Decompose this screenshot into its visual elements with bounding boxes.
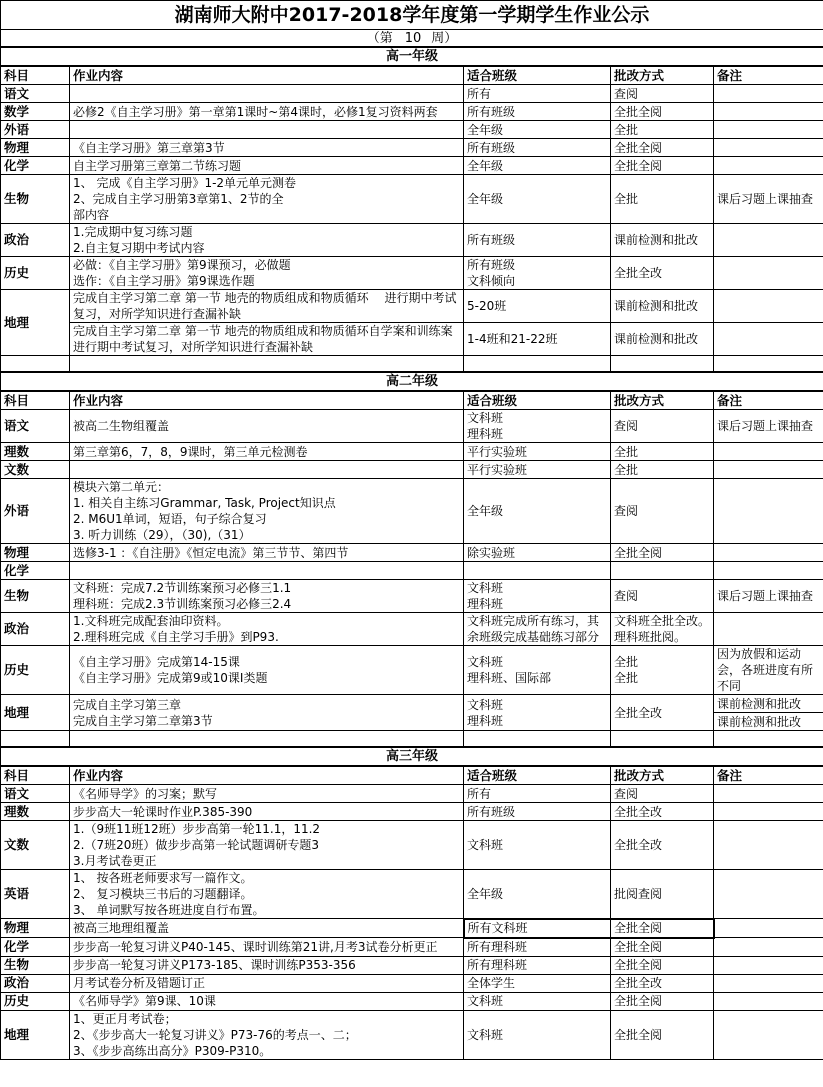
note-cell[interactable]: [714, 323, 823, 356]
classes-cell[interactable]: 所有理科班: [464, 938, 611, 957]
content-cell[interactable]: 《自主学习册》完成第14-15课 《自主学习册》完成第9或10课Ⅰ类题: [70, 646, 464, 695]
note-cell[interactable]: [714, 992, 823, 1010]
method-cell[interactable]: 批阅查阅: [611, 870, 714, 919]
subject-cell[interactable]: 英语: [1, 870, 70, 919]
subject-cell[interactable]: 政治: [1, 224, 70, 257]
classes-cell[interactable]: 文科班: [464, 992, 611, 1010]
g1-row-geography-b: 完成自主学习第二章 第一节 地壳的物质组成和物质循环自学案和训练案 进行期中考试…: [1, 323, 823, 356]
note-cell[interactable]: [714, 803, 823, 821]
method-cell[interactable]: 全批全改: [611, 821, 714, 870]
subject-cell[interactable]: 理数: [1, 443, 70, 461]
title-row: 湖南师大附中2017-2018学年度第一学期学生作业公示: [1, 1, 823, 30]
method-cell[interactable]: 全批全阅: [611, 956, 714, 974]
column-header-note: 备注: [714, 766, 823, 785]
empty-cell[interactable]: [611, 356, 714, 373]
note-cell[interactable]: [714, 785, 823, 803]
classes-cell[interactable]: [464, 562, 611, 580]
note-cell[interactable]: [714, 103, 823, 121]
method-cell[interactable]: 全批全阅: [611, 157, 714, 175]
subject-cell[interactable]: 物理: [1, 919, 70, 938]
note-cell[interactable]: [714, 121, 823, 139]
column-header-classes: 适合班级: [464, 66, 611, 85]
content-cell[interactable]: 自主学习册第三章第二节练习题: [70, 157, 464, 175]
classes-cell[interactable]: 文科班 理科班: [464, 580, 611, 613]
note-cell[interactable]: [714, 257, 823, 290]
note-cell[interactable]: [714, 919, 823, 938]
subject-cell[interactable]: 文数: [1, 461, 70, 479]
method-cell[interactable]: 全批全阅: [611, 544, 714, 562]
empty-cell[interactable]: [1, 731, 70, 748]
method-cell[interactable]: 课前检测和批改: [611, 224, 714, 257]
g3-row-history: 历史 《名师导学》第9课、10课 文科班 全批全阅: [1, 992, 823, 1010]
g2-row-physics: 物理 选修3-1 ：《自注册》《恒定电流》第三节节、第四节 除实验班 全批全阅: [1, 544, 823, 562]
g3-row-english: 英语 1、 按各班老师要求写一篇作文。 2、 复习模块三书后的习题翻译。 3、 …: [1, 870, 823, 919]
method-cell[interactable]: 课前检测和批改: [611, 290, 714, 323]
content-cell[interactable]: 被高二生物组覆盖: [70, 410, 464, 443]
note-cell[interactable]: [714, 821, 823, 870]
content-cell[interactable]: [70, 121, 464, 139]
g3-row-politics: 政治 月考试卷分析及错题订正 全体学生 全批全改: [1, 974, 823, 992]
content-cell[interactable]: 步步高大一轮课时作业P.385-390: [70, 803, 464, 821]
method-cell[interactable]: 查阅: [611, 410, 714, 443]
g3-row-biology: 生物 步步高一轮复习讲义P173-185、课时训练P353-356 所有理科班 …: [1, 956, 823, 974]
classes-cell[interactable]: 所有班级: [464, 224, 611, 257]
section-heading-grade3: 高三年级: [1, 747, 823, 766]
classes-cell[interactable]: 除实验班: [464, 544, 611, 562]
g3-row-chemistry: 化学 步步高一轮复习讲义P40-145、课时训练第21讲,月考3试卷分析更正 所…: [1, 938, 823, 957]
subject-cell[interactable]: 理数: [1, 803, 70, 821]
classes-cell[interactable]: 1-4班和21-22班: [464, 323, 611, 356]
note-cell[interactable]: [714, 562, 823, 580]
content-cell[interactable]: 文科班：完成7.2节训练案预习必修三1.1 理科班：完成2.3节训练案预习必修三…: [70, 580, 464, 613]
column-header-method: 批改方式: [611, 391, 714, 410]
method-cell[interactable]: [611, 562, 714, 580]
note-cell[interactable]: [714, 544, 823, 562]
content-cell[interactable]: 1.文科班完成配套油印资料。 2.理科班完成《自主学习手册》到P93.: [70, 613, 464, 646]
content-cell[interactable]: 完成自主学习第二章 第一节 地壳的物质组成和物质循环自学案和训练案 进行期中考试…: [70, 323, 464, 356]
method-cell[interactable]: 全批 全批: [611, 646, 714, 695]
subject-cell[interactable]: 物理: [1, 544, 70, 562]
column-header-method: 批改方式: [611, 766, 714, 785]
g3-header-row: 科目 作业内容 适合班级 批改方式 备注: [1, 766, 823, 785]
content-cell[interactable]: 《名师导学》的习案；默写: [70, 785, 464, 803]
method-cell-selected[interactable]: 全批全阅: [611, 919, 714, 938]
subject-cell[interactable]: 地理: [1, 1010, 70, 1059]
column-header-content: 作业内容: [70, 66, 464, 85]
classes-cell[interactable]: 全年级: [464, 175, 611, 224]
empty-cell[interactable]: [464, 731, 611, 748]
g2-row-history: 历史 《自主学习册》完成第14-15课 《自主学习册》完成第9或10课Ⅰ类题 文…: [1, 646, 823, 695]
method-cell[interactable]: 全批: [611, 443, 714, 461]
method-cell[interactable]: 课前检测和批改: [611, 323, 714, 356]
section-heading-grade1: 高一年级: [1, 47, 823, 66]
content-cell[interactable]: 完成自主学习第三章 完成自主学习第二章第3节: [70, 695, 464, 731]
note-cell[interactable]: 课后习题上课抽查: [714, 410, 823, 443]
content-cell[interactable]: 1、更正月考试卷； 2、《步步高大一轮复习讲义》P73-76的考点一、二； 3、…: [70, 1010, 464, 1059]
g1-row-physics: 物理 《自主学习册》第三章第3节 所有班级 全批全阅: [1, 139, 823, 157]
g1-header-row: 科目 作业内容 适合班级 批改方式 备注: [1, 66, 823, 85]
column-header-classes: 适合班级: [464, 766, 611, 785]
note-cell[interactable]: [714, 613, 823, 646]
section-row-grade2: 高二年级: [1, 372, 823, 391]
subject-cell[interactable]: 政治: [1, 974, 70, 992]
method-cell[interactable]: 全批全阅: [611, 1010, 714, 1059]
method-cell[interactable]: 全批全改: [611, 803, 714, 821]
classes-cell[interactable]: 平行实验班: [464, 461, 611, 479]
method-cell[interactable]: 全批: [611, 175, 714, 224]
section-row-grade3: 高三年级: [1, 747, 823, 766]
g2-row-science-math: 理数 第三章第6，7，8，9课时，第三单元检测卷 平行实验班 全批: [1, 443, 823, 461]
section-heading-grade2: 高二年级: [1, 372, 823, 391]
subject-cell[interactable]: 生物: [1, 175, 70, 224]
g1-row-geography-a: 地理 完成自主学习第二章 第一节 地壳的物质组成和物质循环 进行期中考试复习，对…: [1, 290, 823, 323]
note-cell[interactable]: 课前检测和批改: [714, 713, 823, 731]
subject-cell[interactable]: 历史: [1, 646, 70, 695]
content-cell[interactable]: 必做：《自主学习册》第9课预习，必做题 选作：《自主学习册》第9课选作题: [70, 257, 464, 290]
g2-row-chemistry: 化学: [1, 562, 823, 580]
g1-row-chinese: 语文 所有 查阅: [1, 85, 823, 103]
note-cell[interactable]: [714, 224, 823, 257]
content-cell[interactable]: 第三章第6，7，8，9课时，第三单元检测卷: [70, 443, 464, 461]
classes-cell[interactable]: 文科班 理科班: [464, 695, 611, 731]
classes-cell[interactable]: 所有班级 文科倾向: [464, 257, 611, 290]
note-cell[interactable]: [714, 139, 823, 157]
g2-row-arts-math: 文数 平行实验班 全批: [1, 461, 823, 479]
content-cell[interactable]: 《自主学习册》第三章第3节: [70, 139, 464, 157]
empty-cell[interactable]: [714, 731, 823, 748]
subject-cell[interactable]: 化学: [1, 938, 70, 957]
classes-cell-selected[interactable]: 所有文科班: [464, 919, 611, 938]
column-header-subject: 科目: [1, 391, 70, 410]
week-number: 10: [393, 31, 432, 47]
classes-cell[interactable]: 所有: [464, 785, 611, 803]
g2-row-geography-a: 地理 完成自主学习第三章 完成自主学习第二章第3节 文科班 理科班 全批全改 课…: [1, 695, 823, 713]
subject-cell[interactable]: 生物: [1, 580, 70, 613]
subject-cell[interactable]: 地理: [1, 695, 70, 731]
classes-cell[interactable]: 所有班级: [464, 139, 611, 157]
content-cell[interactable]: 必修2《自主学习册》第一章第1课时~第4课时，必修1复习资料两套: [70, 103, 464, 121]
method-cell[interactable]: 全批全改: [611, 695, 714, 731]
g1-row-foreign-language: 外语 全年级 全批: [1, 121, 823, 139]
classes-cell[interactable]: 全年级: [464, 479, 611, 544]
method-cell[interactable]: 全批全阅: [611, 139, 714, 157]
classes-cell[interactable]: 全年级: [464, 121, 611, 139]
classes-cell[interactable]: 所有班级: [464, 103, 611, 121]
classes-cell[interactable]: 文科班: [464, 1010, 611, 1059]
column-header-method: 批改方式: [611, 66, 714, 85]
classes-cell[interactable]: 全体学生: [464, 974, 611, 992]
g1-row-biology: 生物 1、 完成《自主学习册》1-2单元单元测卷 2、完成自主学习册第3章第1、…: [1, 175, 823, 224]
g3-row-science-math: 理数 步步高大一轮课时作业P.385-390 所有班级 全批全改: [1, 803, 823, 821]
empty-cell[interactable]: [1, 356, 70, 373]
note-cell[interactable]: 课后习题上课抽查: [714, 175, 823, 224]
empty-cell[interactable]: [714, 356, 823, 373]
subtitle-suffix: 周）: [431, 31, 457, 46]
method-cell[interactable]: 全批: [611, 461, 714, 479]
empty-cell[interactable]: [464, 356, 611, 373]
content-cell[interactable]: 1.（9班11班12班）步步高第一轮11.1，11.2 2.（7班20班）做步步…: [70, 821, 464, 870]
method-cell[interactable]: 查阅: [611, 479, 714, 544]
method-cell[interactable]: 全批全改: [611, 257, 714, 290]
g1-row-history: 历史 必做：《自主学习册》第9课预习，必做题 选作：《自主学习册》第9课选作题 …: [1, 257, 823, 290]
content-cell[interactable]: 《名师导学》第9课、10课: [70, 992, 464, 1010]
method-cell[interactable]: 全批全改: [611, 974, 714, 992]
method-cell[interactable]: 查阅: [611, 785, 714, 803]
content-cell[interactable]: 步步高一轮复习讲义P40-145、课时训练第21讲,月考3试卷分析更正: [70, 938, 464, 957]
classes-cell[interactable]: 文科班完成所有练习，其余班级完成基础练习部分: [464, 613, 611, 646]
subject-cell[interactable]: 语文: [1, 785, 70, 803]
subject-cell[interactable]: 化学: [1, 157, 70, 175]
content-cell[interactable]: 1、 完成《自主学习册》1-2单元单元测卷 2、完成自主学习册第3章第1、2节的…: [70, 175, 464, 224]
g2-row-biology: 生物 文科班：完成7.2节训练案预习必修三1.1 理科班：完成2.3节训练案预习…: [1, 580, 823, 613]
g1-empty-row: [1, 356, 823, 373]
classes-cell[interactable]: 文科班 理科班、国际部: [464, 646, 611, 695]
note-cell[interactable]: 课后习题上课抽查: [714, 580, 823, 613]
content-cell[interactable]: 1.完成期中复习练习题 2.自主复习期中考试内容: [70, 224, 464, 257]
content-cell[interactable]: 选修3-1 ：《自注册》《恒定电流》第三节节、第四节: [70, 544, 464, 562]
column-header-subject: 科目: [1, 766, 70, 785]
method-cell[interactable]: 文科班全批全改。理科班批阅。: [611, 613, 714, 646]
note-cell[interactable]: [714, 870, 823, 919]
note-cell[interactable]: [714, 157, 823, 175]
note-cell[interactable]: [714, 290, 823, 323]
classes-cell[interactable]: 所有: [464, 85, 611, 103]
g2-empty-row: [1, 731, 823, 748]
content-cell[interactable]: 步步高一轮复习讲义P173-185、课时训练P353-356: [70, 956, 464, 974]
subtitle-row: （第10周）: [1, 30, 823, 48]
g1-row-chemistry: 化学 自主学习册第三章第二节练习题 全年级 全批全阅: [1, 157, 823, 175]
content-cell[interactable]: 完成自主学习第二章 第一节 地壳的物质组成和物质循环 进行期中考试复习，对所学知…: [70, 290, 464, 323]
note-cell[interactable]: [714, 443, 823, 461]
column-header-content: 作业内容: [70, 766, 464, 785]
subject-cell[interactable]: 外语: [1, 121, 70, 139]
subject-cell[interactable]: 历史: [1, 257, 70, 290]
subject-cell[interactable]: 化学: [1, 562, 70, 580]
subject-cell[interactable]: 地理: [1, 290, 70, 356]
g3-row-physics: 物理 被高三地理组覆盖 所有文科班 全批全阅: [1, 919, 823, 938]
subject-cell[interactable]: 语文: [1, 85, 70, 103]
classes-cell[interactable]: 全年级: [464, 870, 611, 919]
classes-cell[interactable]: 平行实验班: [464, 443, 611, 461]
g2-row-politics: 政治 1.文科班完成配套油印资料。 2.理科班完成《自主学习手册》到P93. 文…: [1, 613, 823, 646]
homework-announcement-table: 湖南师大附中2017-2018学年度第一学期学生作业公示 （第10周） 高一年级…: [0, 0, 823, 1060]
g2-row-foreign-language: 外语 模块六第二单元： 1. 相关自主练习Grammar, Task, Proj…: [1, 479, 823, 544]
column-header-subject: 科目: [1, 66, 70, 85]
page-subtitle: （第10周）: [1, 30, 823, 48]
content-cell[interactable]: 被高三地理组覆盖: [70, 919, 464, 938]
section-row-grade1: 高一年级: [1, 47, 823, 66]
content-cell[interactable]: [70, 562, 464, 580]
method-cell[interactable]: 全批全阅: [611, 938, 714, 957]
subject-cell[interactable]: 文数: [1, 821, 70, 870]
subject-cell[interactable]: 语文: [1, 410, 70, 443]
classes-cell[interactable]: 5-20班: [464, 290, 611, 323]
subject-cell[interactable]: 历史: [1, 992, 70, 1010]
g3-row-chinese: 语文 《名师导学》的习案；默写 所有 查阅: [1, 785, 823, 803]
column-header-note: 备注: [714, 66, 823, 85]
method-cell[interactable]: 查阅: [611, 85, 714, 103]
g2-header-row: 科目 作业内容 适合班级 批改方式 备注: [1, 391, 823, 410]
method-cell[interactable]: 查阅: [611, 580, 714, 613]
note-cell[interactable]: [714, 974, 823, 992]
method-cell[interactable]: 全批全阅: [611, 992, 714, 1010]
g2-row-chinese: 语文 被高二生物组覆盖 文科班 理科班 查阅 课后习题上课抽查: [1, 410, 823, 443]
subject-cell[interactable]: 生物: [1, 956, 70, 974]
subtitle-prefix: （第: [367, 31, 393, 46]
content-cell[interactable]: 1、 按各班老师要求写一篇作文。 2、 复习模块三书后的习题翻译。 3、 单词默…: [70, 870, 464, 919]
g1-row-math: 数学 必修2《自主学习册》第一章第1课时~第4课时，必修1复习资料两套 所有班级…: [1, 103, 823, 121]
method-cell[interactable]: 全批: [611, 121, 714, 139]
subject-cell[interactable]: 外语: [1, 479, 70, 544]
empty-cell[interactable]: [70, 356, 464, 373]
content-cell[interactable]: 月考试卷分析及错题订正: [70, 974, 464, 992]
classes-cell[interactable]: 文科班: [464, 821, 611, 870]
method-cell[interactable]: 全批全阅: [611, 103, 714, 121]
classes-cell[interactable]: 文科班 理科班: [464, 410, 611, 443]
content-cell[interactable]: [70, 461, 464, 479]
column-header-note: 备注: [714, 391, 823, 410]
note-cell[interactable]: [714, 1010, 823, 1059]
g3-row-geography: 地理 1、更正月考试卷； 2、《步步高大一轮复习讲义》P73-76的考点一、二；…: [1, 1010, 823, 1059]
column-header-content: 作业内容: [70, 391, 464, 410]
content-cell[interactable]: 模块六第二单元： 1. 相关自主练习Grammar, Task, Project…: [70, 479, 464, 544]
g1-row-politics: 政治 1.完成期中复习练习题 2.自主复习期中考试内容 所有班级 课前检测和批改: [1, 224, 823, 257]
classes-cell[interactable]: 所有理科班: [464, 956, 611, 974]
subject-cell[interactable]: 数学: [1, 103, 70, 121]
page-title: 湖南师大附中2017-2018学年度第一学期学生作业公示: [1, 1, 823, 30]
subject-cell[interactable]: 政治: [1, 613, 70, 646]
empty-cell[interactable]: [70, 731, 464, 748]
note-cell[interactable]: 课前检测和批改: [714, 695, 823, 713]
g3-row-arts-math: 文数 1.（9班11班12班）步步高第一轮11.1，11.2 2.（7班20班）…: [1, 821, 823, 870]
note-cell[interactable]: [714, 938, 823, 957]
note-cell[interactable]: [714, 956, 823, 974]
empty-cell[interactable]: [611, 731, 714, 748]
content-cell[interactable]: [70, 85, 464, 103]
note-cell[interactable]: 因为放假和运动会，各班进度有所不同: [714, 646, 823, 695]
classes-cell[interactable]: 所有班级: [464, 803, 611, 821]
note-cell[interactable]: [714, 85, 823, 103]
subject-cell[interactable]: 物理: [1, 139, 70, 157]
note-cell[interactable]: [714, 479, 823, 544]
column-header-classes: 适合班级: [464, 391, 611, 410]
note-cell[interactable]: [714, 461, 823, 479]
classes-cell[interactable]: 全年级: [464, 157, 611, 175]
